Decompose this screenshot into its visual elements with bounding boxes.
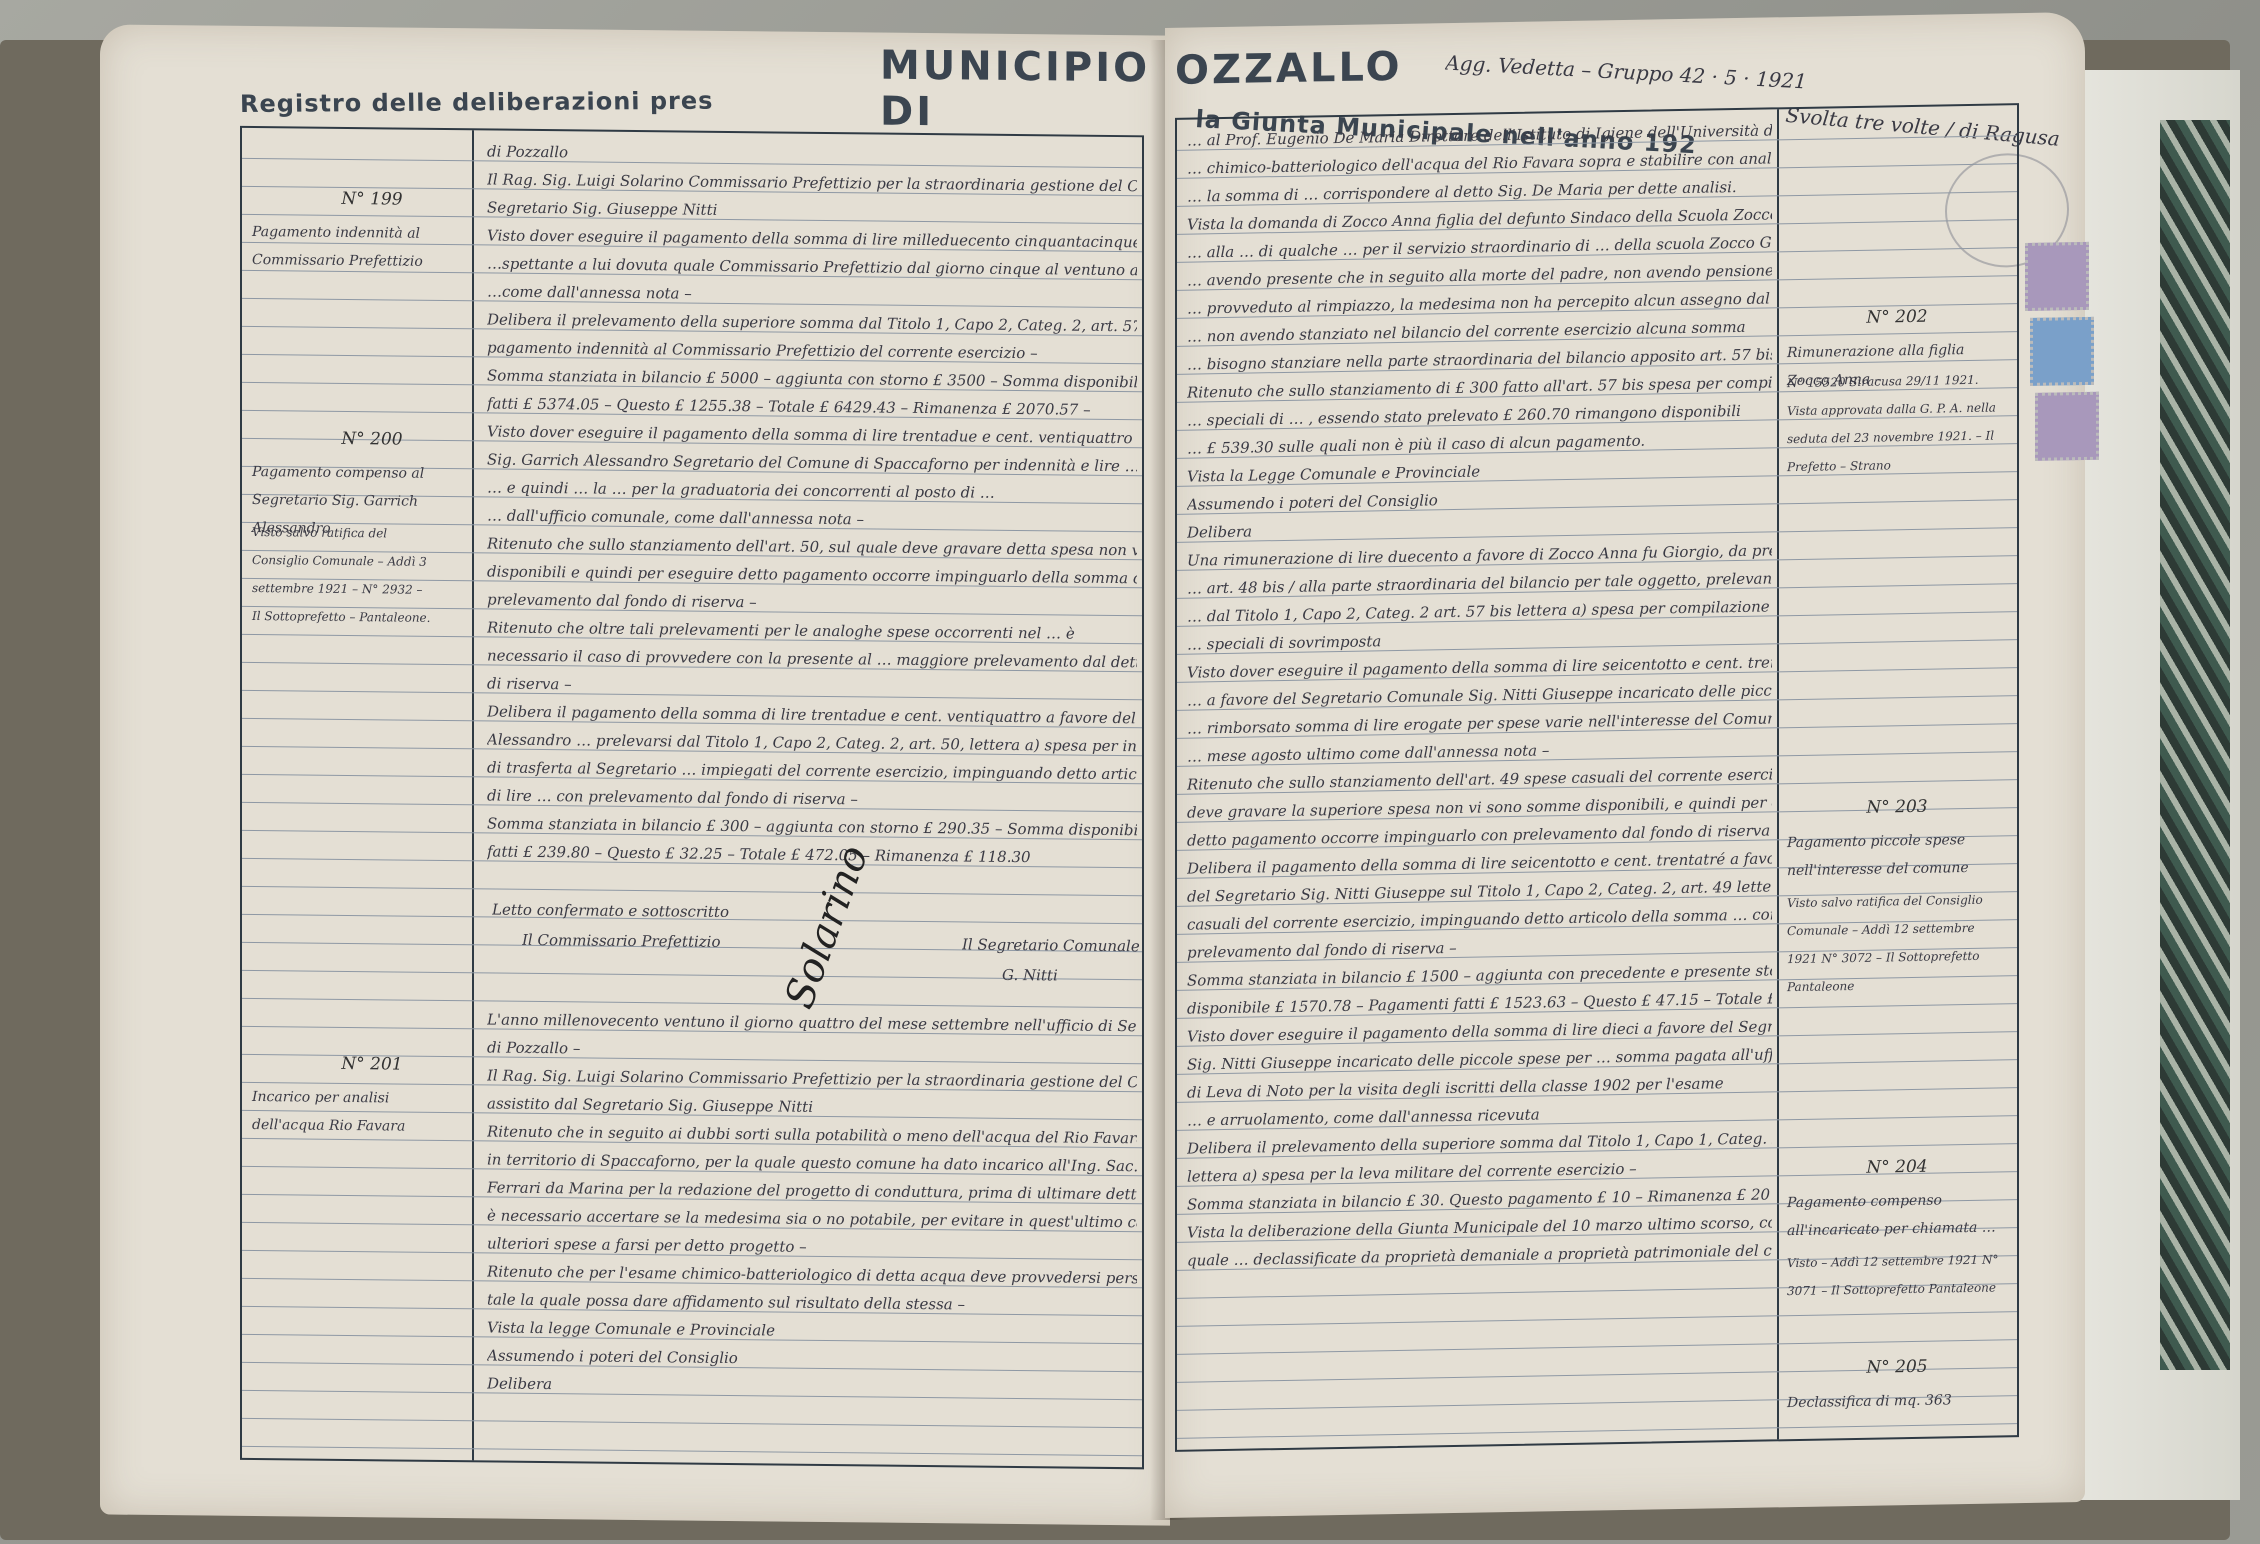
handwritten-line: L'anno millenovecento ventuno il giorno … bbox=[487, 1010, 1137, 1035]
secretary-label: Il Segretario Comunale bbox=[962, 935, 1140, 955]
handwritten-line: di riserva – bbox=[487, 674, 1137, 699]
handwritten-line: Delibera bbox=[487, 1374, 1137, 1399]
handwritten-line: Ritenuto che oltre tali prelevamenti per… bbox=[487, 618, 1137, 643]
entry-number-205: N° 205 bbox=[1787, 1355, 2007, 1379]
entry-200-approval: Visto salvo ratifica del Consiglio Comun… bbox=[252, 518, 432, 632]
entry-203-subject: Pagamento piccole spese nell'interesse d… bbox=[1787, 825, 2007, 885]
header-title-right: OZZALLO bbox=[1175, 44, 1403, 94]
right-page-frame: … al Prof. Eugenio De Maria Direttore de… bbox=[1175, 103, 2019, 1452]
entry-number-204: N° 204 bbox=[1787, 1155, 2007, 1179]
handwritten-line: Alessandro … prelevarsi dal Titolo 1, Ca… bbox=[487, 730, 1137, 755]
handwritten-line: Somma stanziata in bilancio £ 5000 – agg… bbox=[487, 366, 1137, 391]
handwritten-line: … e quindi … la … per la graduatoria dei… bbox=[487, 478, 1137, 503]
ruled-line bbox=[1177, 1423, 2017, 1439]
secretary-signature: G. Nitti bbox=[1002, 966, 1058, 985]
handwritten-line: di Pozzallo – bbox=[487, 1038, 1137, 1063]
handwritten-line: Il Rag. Sig. Luigi Solarino Commissario … bbox=[487, 170, 1137, 195]
entry-number-199: N° 199 bbox=[282, 188, 462, 210]
handwritten-line: Ritenuto che per l'esame chimico-batteri… bbox=[487, 1262, 1137, 1287]
marbled-edge bbox=[2160, 120, 2230, 1370]
ruled-line bbox=[242, 1446, 1142, 1456]
revenue-stamp-blue bbox=[2030, 317, 2094, 386]
handwritten-line: Il Rag. Sig. Luigi Solarino Commissario … bbox=[487, 1066, 1137, 1091]
entry-201-subject: Incarico per analisi dell'acqua Rio Fava… bbox=[252, 1083, 432, 1141]
entry-number-201: N° 201 bbox=[282, 1053, 462, 1075]
handwritten-line: Visto dover eseguire il pagamento della … bbox=[487, 422, 1137, 447]
entry-203-approval: Visto salvo ratifica del Consiglio Comun… bbox=[1787, 885, 2007, 1001]
handwritten-line: di trasferta al Segretario … impiegati d… bbox=[487, 758, 1137, 783]
handwritten-line: …spettante a lui dovuta quale Commissari… bbox=[487, 254, 1137, 279]
handwritten-line: assistito dal Segretario Sig. Giuseppe N… bbox=[487, 1094, 1137, 1119]
header-title-left: MUNICIPIO DI bbox=[880, 43, 1170, 138]
commissioner-label: Il Commissario Prefettizio bbox=[522, 931, 721, 951]
handwritten-line: di lire … con prelevamento dal fondo di … bbox=[487, 786, 1137, 811]
margin-column-line bbox=[1777, 109, 1779, 1439]
handwritten-line: Vista la legge Comunale e Provinciale bbox=[487, 1318, 1137, 1343]
handwritten-line: Visto dover eseguire il pagamento della … bbox=[487, 226, 1137, 251]
entry-205-subject: Declassifica di mq. 363 bbox=[1787, 1385, 2007, 1417]
entry-202-approval: N° 15520 Siracusa 29/11 1921. Vista appr… bbox=[1787, 365, 2007, 481]
ruled-line bbox=[242, 886, 1142, 896]
left-page-frame: N° 199 Pagamento indennità al Commissari… bbox=[240, 126, 1144, 1469]
ruled-line bbox=[1177, 1339, 2017, 1355]
handwritten-line: fatti £ 5374.05 – Questo £ 1255.38 – Tot… bbox=[487, 394, 1137, 419]
top-annotation: Agg. Vedetta – Gruppo 42 · 5 · 1921 bbox=[1445, 51, 1808, 94]
handwritten-line: necessario il caso di provvedere con la … bbox=[487, 646, 1137, 671]
entry-199-subject: Pagamento indennità al Commissario Prefe… bbox=[252, 218, 432, 276]
ruled-line bbox=[242, 998, 1142, 1008]
ruled-line bbox=[1177, 1311, 2017, 1327]
handwritten-line: Sig. Garrich Alessandro Segretario del C… bbox=[487, 450, 1137, 475]
revenue-stamp-violet bbox=[2035, 392, 2099, 461]
handwritten-line: fatti £ 239.80 – Questo £ 32.25 – Totale… bbox=[487, 842, 1137, 867]
commissioner-signature: Solarino bbox=[776, 839, 877, 1014]
read-confirmed-line: Letto confermato e sottoscritto bbox=[492, 901, 729, 921]
ruled-line bbox=[242, 1418, 1142, 1428]
handwritten-line: di Pozzallo bbox=[487, 142, 1137, 167]
handwritten-line: ulteriori spese a farsi per detto proget… bbox=[487, 1234, 1137, 1259]
handwritten-line: Ritenuto che sullo stanziamento dell'art… bbox=[487, 534, 1137, 559]
handwritten-line: …come dall'annessa nota – bbox=[487, 282, 1137, 307]
revenue-stamp-violet bbox=[2025, 242, 2089, 311]
handwritten-line: … dall'ufficio comunale, come dall'annes… bbox=[487, 506, 1137, 531]
handwritten-line: pagamento indennità al Commissario Prefe… bbox=[487, 338, 1137, 363]
right-page: OZZALLO Agg. Vedetta – Gruppo 42 · 5 · 1… bbox=[1165, 12, 2085, 1518]
left-page: MUNICIPIO DI Registro delle deliberazion… bbox=[100, 24, 1170, 1525]
entry-204-approval: Visto – Addì 12 settembre 1921 N° 3071 –… bbox=[1787, 1245, 2007, 1305]
handwritten-line: Delibera il prelevamento della superiore… bbox=[487, 310, 1137, 335]
handwritten-line: Delibera il pagamento della somma di lir… bbox=[487, 702, 1137, 727]
handwritten-line: Segretario Sig. Giuseppe Nitti bbox=[487, 198, 1137, 223]
entry-number-202: N° 202 bbox=[1787, 305, 2007, 329]
handwritten-line: è necessario accertare se la medesima si… bbox=[487, 1206, 1137, 1231]
entry-number-200: N° 200 bbox=[282, 428, 462, 450]
margin-column-line bbox=[472, 130, 474, 1460]
header-subtitle-left: Registro delle deliberazioni pres bbox=[240, 87, 714, 118]
handwritten-line: Ritenuto che in seguito ai dubbi sorti s… bbox=[487, 1122, 1137, 1147]
handwritten-line: tale la quale possa dare affidamento sul… bbox=[487, 1290, 1137, 1315]
handwritten-line: in territorio di Spaccaforno, per la qua… bbox=[487, 1150, 1137, 1175]
handwritten-line: Ferrari da Marina per la redazione del p… bbox=[487, 1178, 1137, 1203]
handwritten-line: prelevamento dal fondo di riserva – bbox=[487, 590, 1137, 615]
entry-number-203: N° 203 bbox=[1787, 795, 2007, 819]
handwritten-line: disponibili e quindi per eseguire detto … bbox=[487, 562, 1137, 587]
handwritten-line: Assumendo i poteri del Consiglio bbox=[487, 1346, 1137, 1371]
handwritten-line: Somma stanziata in bilancio £ 300 – aggi… bbox=[487, 814, 1137, 839]
entry-204-subject: Pagamento compenso all'incaricato per ch… bbox=[1787, 1185, 2007, 1245]
